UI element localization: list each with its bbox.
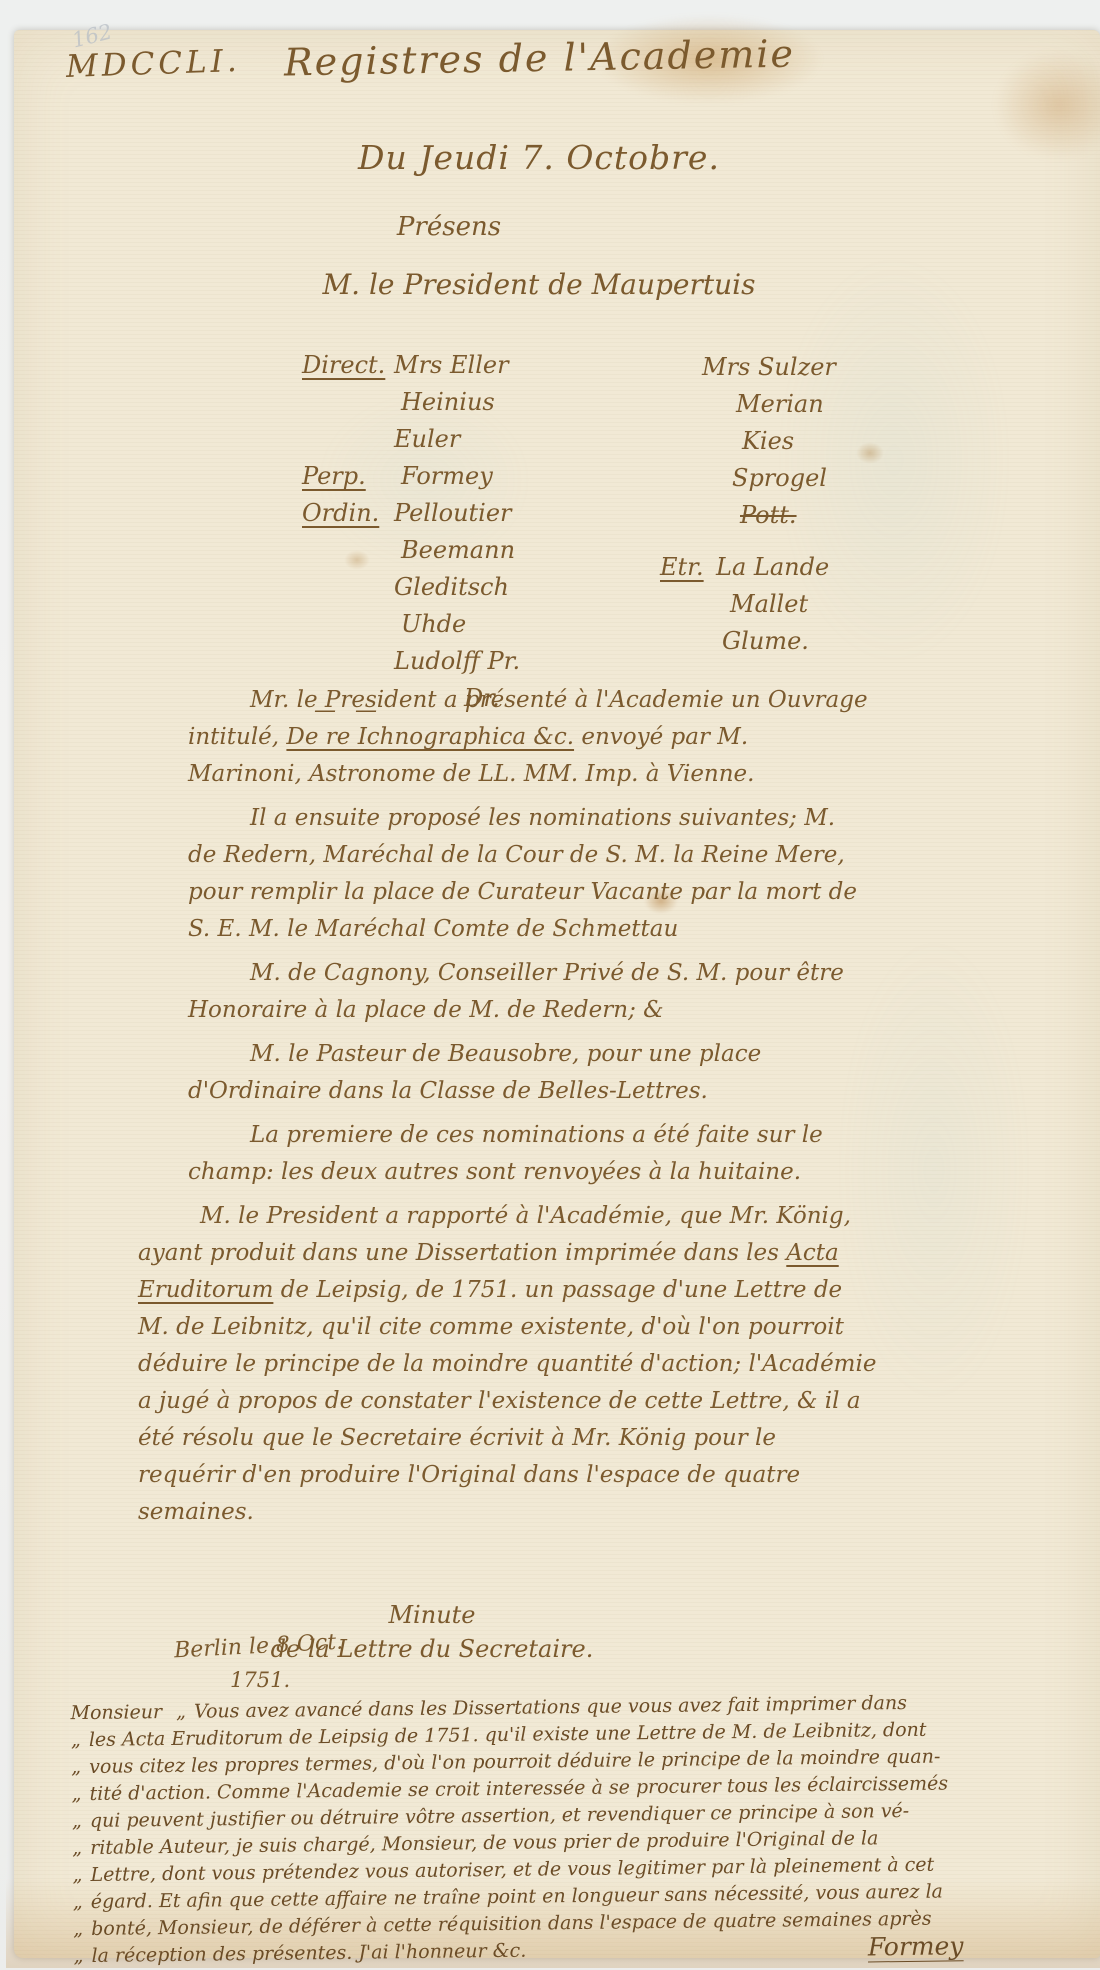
- session-date: Du Jeudi 7. Octobre.: [14, 138, 1064, 177]
- signature-formey: Formey: [868, 1932, 964, 1960]
- quote-mark: „: [71, 1781, 89, 1808]
- attendance-row: Ordin.Pelloutier: [302, 494, 520, 531]
- quote-mark: „: [73, 1943, 91, 1970]
- president-line: M. le President de Maupertuis: [14, 268, 1064, 301]
- member-name: Euler: [394, 425, 460, 453]
- quote-mark: „: [73, 1916, 91, 1943]
- attendance-row: Pott.: [702, 496, 836, 533]
- quote-mark: „: [176, 1699, 194, 1726]
- quote-mark: „: [71, 1754, 89, 1781]
- attendance-row: Euler: [302, 420, 520, 457]
- paragraph-text: M. de Cagnony, Conseiller Privé de S. M.…: [188, 960, 844, 1023]
- register-title: Registres de l'Academie: [284, 32, 796, 85]
- attendance-row: Heinius: [302, 383, 520, 420]
- ink-stain: [856, 442, 884, 464]
- minute-heading: Minute de la Lettre du Secretaire.: [14, 1598, 850, 1666]
- member-name: Glume.: [722, 627, 809, 655]
- attendance-row: Merian: [702, 385, 836, 422]
- minute-title: Minute: [14, 1598, 850, 1632]
- minutes-paragraph: M. de Cagnony, Conseiller Privé de S. M.…: [188, 955, 868, 1029]
- class-label: Perp.: [302, 462, 394, 490]
- attendance-row: Uhde: [302, 605, 520, 642]
- attendance-row: Kies: [702, 422, 836, 459]
- secretary-letter: Monsieur„Vous avez avancé dans les Disse…: [70, 1688, 1083, 1970]
- member-name: La Lande: [716, 553, 829, 581]
- minutes-paragraph: Mr. le President a présenté à l'Academie…: [188, 682, 868, 793]
- minute-subtitle: de la Lettre du Secretaire.: [14, 1632, 850, 1666]
- paragraph-text: M. le President a rapporté à l'Académie,…: [138, 1203, 851, 1266]
- minutes-paragraph: M. le President a rapporté à l'Académie,…: [138, 1198, 880, 1531]
- attendance-left-column: Direct.Mrs Eller Heinius Euler Perp.Form…: [302, 346, 520, 716]
- attendance-foreign-column: Etr.La Lande Mallet Glume.: [660, 548, 829, 659]
- paragraph-text: M. le Pasteur de Beausobre, pour une pla…: [188, 1041, 761, 1104]
- member-name: Mrs Sulzer: [702, 353, 836, 381]
- paragraph-text: Il a ensuite proposé les nominations sui…: [188, 805, 857, 942]
- attendance-row: Etr.La Lande: [660, 548, 829, 585]
- attendance-row: Mallet: [660, 585, 829, 622]
- underlined-work-title: De re Ichnographica &c.: [286, 724, 574, 750]
- manuscript-page: 162 MDCCLI. Registres de l'Academie Du J…: [14, 30, 1100, 1958]
- quote-mark: „: [71, 1727, 89, 1754]
- class-label: Etr.: [660, 553, 716, 581]
- attendance-row: Glume.: [660, 622, 829, 659]
- paragraph-text: de Leipsig, de 1751. un passage d'une Le…: [138, 1277, 876, 1525]
- member-name: Mallet: [730, 590, 808, 618]
- attendance-right-column: Mrs Sulzer Merian Kies Sprogel Pott.: [702, 348, 836, 533]
- member-name: Ludolff Pr.: [394, 647, 520, 675]
- member-name: Formey: [401, 462, 493, 490]
- member-name-struck: Pott.: [740, 501, 797, 529]
- year-roman-numeral: MDCCLI.: [65, 43, 241, 85]
- minutes-paragraph: Il a ensuite proposé les nominations sui…: [188, 800, 868, 948]
- presens-heading: Présens: [0, 212, 974, 242]
- member-name: Heinius: [401, 388, 495, 416]
- member-name: Uhde: [401, 610, 466, 638]
- member-name: Mrs Eller: [394, 351, 509, 379]
- minutes-paragraph: La premiere de ces nominations a été fai…: [188, 1117, 868, 1191]
- quote-mark: „: [72, 1808, 90, 1835]
- paragraph-text: La premiere de ces nominations a été fai…: [188, 1122, 823, 1185]
- member-name: Gleditsch: [394, 573, 509, 601]
- member-name: Merian: [736, 390, 824, 418]
- minutes-paragraph: M. le Pasteur de Beausobre, pour une pla…: [188, 1036, 868, 1110]
- quote-mark: „: [72, 1835, 90, 1862]
- attendance-row: Perp.Formey: [302, 457, 520, 494]
- attendance-row: Ludolff Pr.: [302, 642, 520, 679]
- attendance-row: Mrs Sulzer: [702, 348, 836, 385]
- minute-year: 1751.: [230, 1668, 290, 1692]
- member-name: Pelloutier: [394, 499, 512, 527]
- attendance-row: Direct.Mrs Eller: [302, 346, 520, 383]
- member-name: Sprogel: [732, 464, 827, 492]
- letter-salutation: Monsieur: [70, 1699, 162, 1727]
- class-label: Direct.: [302, 351, 394, 379]
- letter-text: la réception des présentes. J'ai l'honne…: [91, 1938, 526, 1970]
- class-label: Ordin.: [302, 499, 394, 527]
- member-name: Kies: [742, 427, 794, 455]
- attendance-row: Beemann: [302, 531, 520, 568]
- attendance-row: Sprogel: [702, 459, 836, 496]
- quote-mark: „: [73, 1889, 91, 1916]
- minutes-body: Mr. le President a présenté à l'Academie…: [138, 682, 880, 1538]
- attendance-row: Gleditsch: [302, 568, 520, 605]
- member-name: Beemann: [401, 536, 515, 564]
- quote-mark: „: [72, 1862, 90, 1889]
